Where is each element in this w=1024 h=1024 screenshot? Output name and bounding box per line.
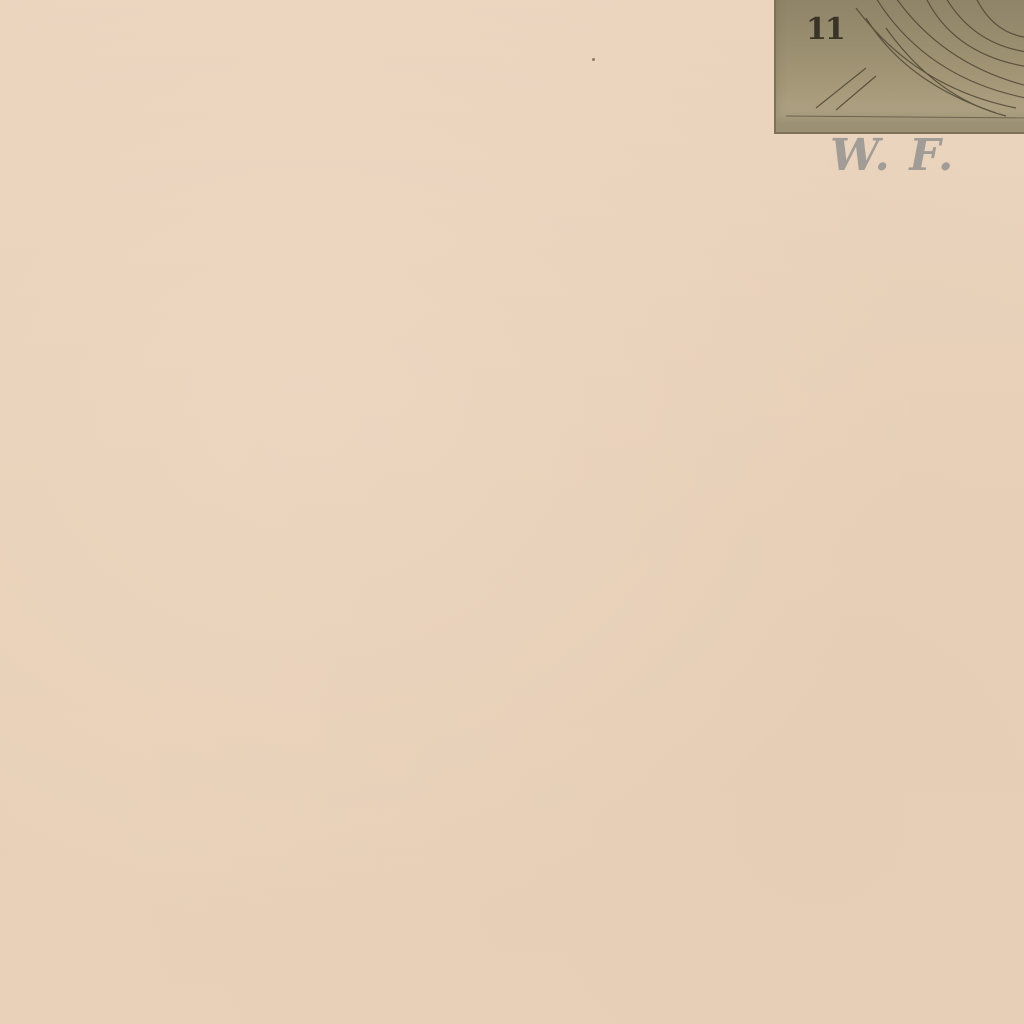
paper-speck	[592, 58, 595, 61]
pencil-signature: W. F.	[830, 130, 955, 181]
plate-number: 11	[806, 12, 844, 47]
etching-plate: 11	[774, 0, 1024, 134]
